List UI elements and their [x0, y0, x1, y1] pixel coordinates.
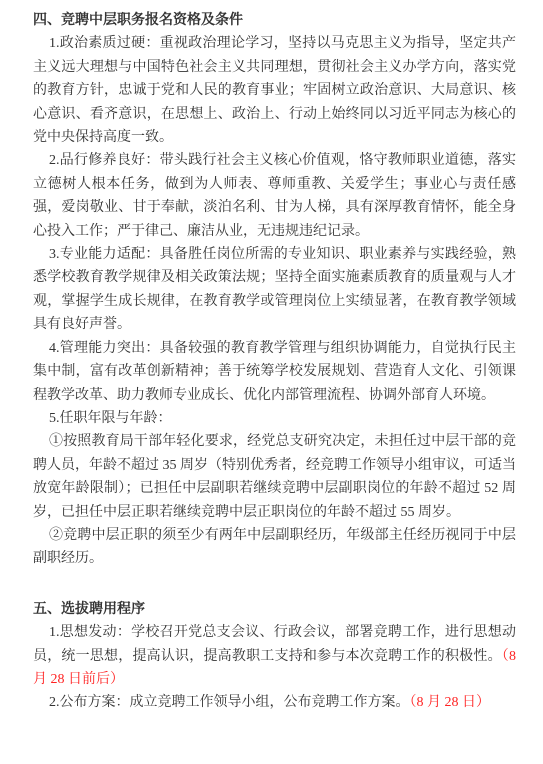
section-heading: 四、竞聘中层职务报名资格及条件 — [33, 9, 516, 32]
paragraph: ②竞聘中层正职的须至少有两年中层副职经历，年级部主任经历视同于中层副职经历。 — [33, 524, 516, 571]
date-note: （8 月 28 日） — [410, 695, 491, 710]
paragraph: 2.公布方案：成立竞聘工作领导小组，公布竞聘工作方案。（8 月 28 日） — [33, 691, 516, 714]
paragraph-text: 2.公布方案：成立竞聘工作领导小组，公布竞聘工作方案。 — [49, 695, 410, 710]
paragraph: 4.管理能力突出：具备较强的教育教学管理与组织协调能力，自觉执行民主集中制，富有… — [33, 337, 516, 407]
section-heading: 五、选拔聘用程序 — [33, 598, 516, 621]
paragraph: 5.任职年限与年龄： — [33, 407, 516, 430]
paragraph: 1.政治素质过硬：重视政治理论学习，坚持以马克思主义为指导，坚定共产主义远大理想… — [33, 32, 516, 149]
section-procedure: 五、选拔聘用程序 1.思想发动：学校召开党总支会议、行政会议，部署竞聘工作，进行… — [33, 598, 516, 715]
paragraph: ①按照教育局干部年轻化要求，经党总支研究决定，未担任过中层干部的竞聘人员，年龄不… — [33, 430, 516, 524]
paragraph: 3.专业能力适配：具备胜任岗位所需的专业知识、职业素养与实践经验，熟悉学校教育教… — [33, 243, 516, 337]
section-qualifications: 四、竞聘中层职务报名资格及条件 1.政治素质过硬：重视政治理论学习，坚持以马克思… — [33, 9, 516, 571]
paragraph: 1.思想发动：学校召开党总支会议、行政会议，部署竞聘工作，进行思想动员，统一思想… — [33, 621, 516, 691]
document-page: 四、竞聘中层职务报名资格及条件 1.政治素质过硬：重视政治理论学习，坚持以马克思… — [0, 0, 543, 764]
paragraph: 2.品行修养良好：带头践行社会主义核心价值观，恪守教师职业道德，落实立德树人根本… — [33, 149, 516, 243]
paragraph-text: 1.思想发动：学校召开党总支会议、行政会议，部署竞聘工作，进行思想动员，统一思想… — [33, 625, 516, 663]
